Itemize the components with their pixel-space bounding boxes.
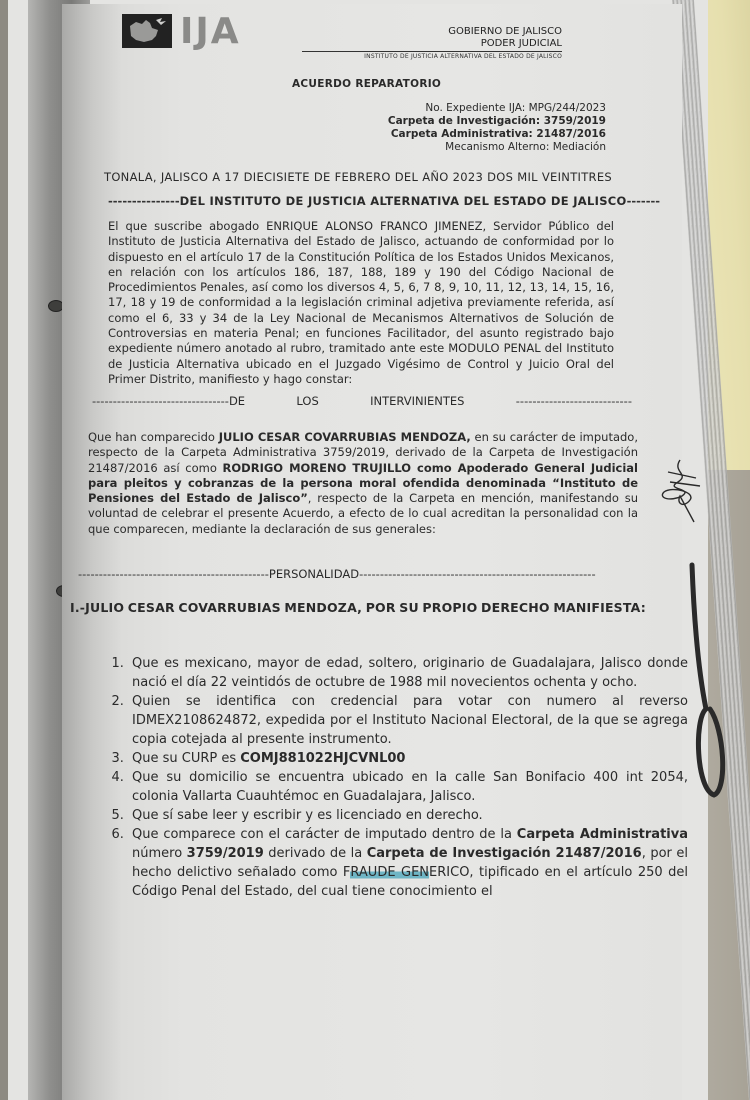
- carpeta-administrativa: Carpeta Administrativa: 21487/2016: [312, 128, 606, 141]
- document-page: IJA GOBIERNO DE JALISCO PODER JUDICIAL I…: [62, 4, 682, 1100]
- facilitator-paragraph: El que suscribe abogado ENRIQUE ALONSO F…: [108, 219, 614, 387]
- jalisco-map-logo: [122, 14, 172, 48]
- declaration-item: Que es mexicano, mayor de edad, soltero,…: [128, 654, 688, 692]
- case-metadata: No. Expediente IJA: MPG/244/2023 Carpeta…: [312, 102, 606, 154]
- parties-paragraph: Que han comparecido JULIO CESAR COVARRUB…: [88, 430, 638, 537]
- section-personalidad: ----------------------------------------…: [78, 567, 638, 581]
- section-personalidad-label: PERSONALIDAD: [269, 567, 359, 581]
- section-institute-label: DEL INSTITUTO DE JUSTICIA ALTERNATIVA DE…: [180, 194, 627, 208]
- government-name: GOBIERNO DE JALISCO: [362, 26, 562, 38]
- header-divider: [302, 51, 562, 52]
- judicial-branch: PODER JUDICIAL: [362, 38, 562, 50]
- pen-stroke-mark: [684, 559, 734, 799]
- mecanismo-alterno: Mecanismo Alterno: Mediación: [312, 141, 606, 154]
- imputado-name: JULIO CESAR COVARRUBIAS MENDOZA,: [219, 430, 471, 444]
- highlighter-mark: RAUDE GEN: [350, 865, 429, 880]
- carpeta-investigacion: Carpeta de Investigación: 3759/2019: [312, 115, 606, 128]
- declaration-item: Que comparece con el carácter de imputad…: [128, 825, 688, 901]
- government-header: GOBIERNO DE JALISCO PODER JUDICIAL: [362, 26, 562, 50]
- handwritten-signature: [650, 452, 710, 532]
- declaration-item: Que su domicilio se encuentra ubicado en…: [128, 768, 688, 806]
- declaration-item: Quien se identifica con credencial para …: [128, 692, 688, 749]
- document-title: ACUERDO REPARATORIO: [292, 78, 441, 90]
- institute-name: INSTITUTO DE JUSTICIA ALTERNATIVA DEL ES…: [302, 53, 562, 60]
- dateline: TONALA, JALISCO A 17 DIECISIETE DE FEBRE…: [104, 170, 612, 184]
- declaration-item: Que su CURP es COMJ881022HJCVNL00: [128, 749, 688, 768]
- jalisco-map-icon: [122, 14, 172, 48]
- declaration-item: Que sí sabe leer y escribir y es licenci…: [128, 806, 688, 825]
- curp-value: COMJ881022HJCVNL00: [240, 751, 405, 766]
- declarant-heading: I.-JULIO CESAR COVARRUBIAS MENDOZA, POR …: [70, 600, 646, 615]
- expediente-number: No. Expediente IJA: MPG/244/2023: [312, 102, 606, 115]
- section-intervinientes: ---------------------------------DE LOS …: [92, 394, 632, 408]
- ija-logo-text: IJA: [180, 14, 241, 50]
- declarations-list: Que es mexicano, mayor de edad, soltero,…: [104, 654, 688, 901]
- section-institute: ---------------DEL INSTITUTO DE JUSTICIA…: [108, 194, 660, 208]
